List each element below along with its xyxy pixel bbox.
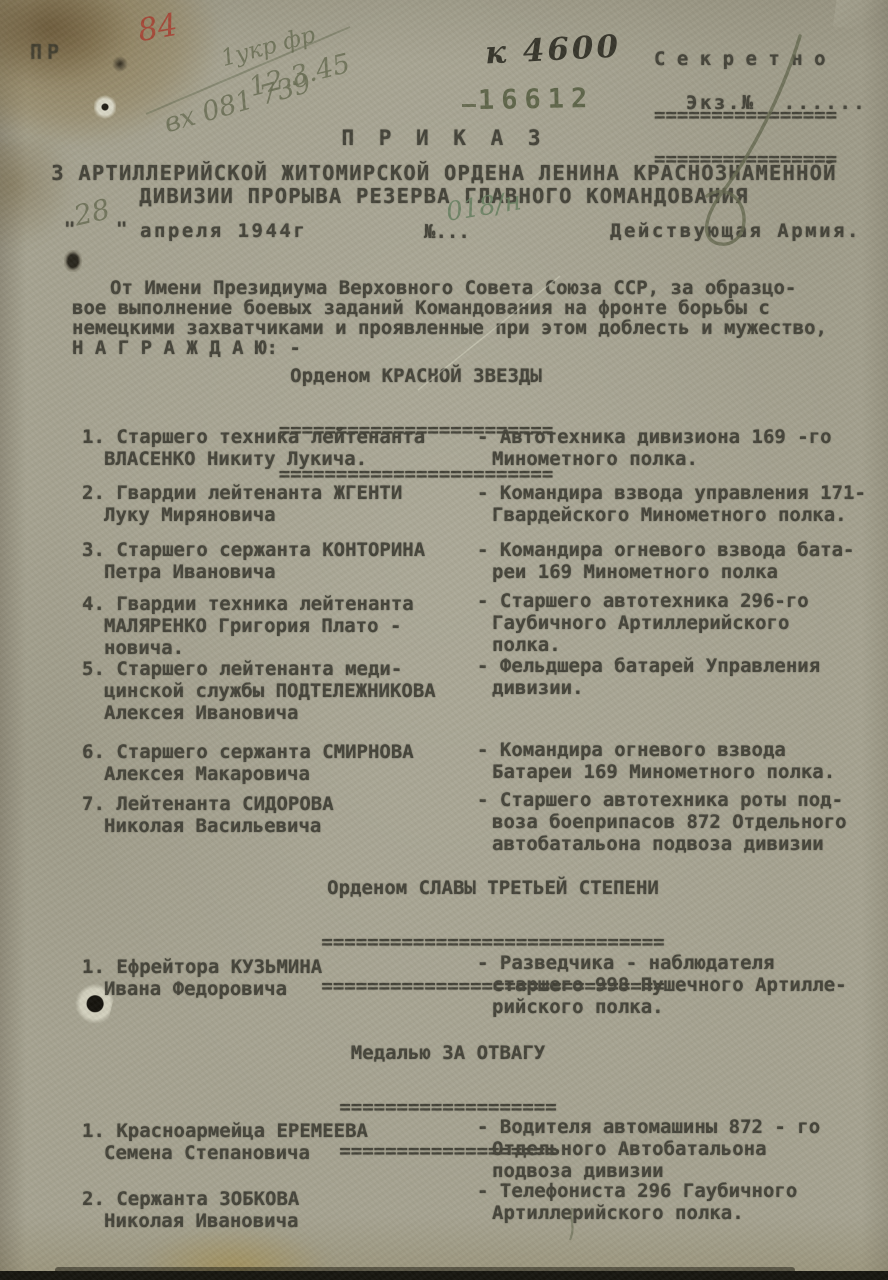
order-word: П Р И К А З	[0, 126, 888, 150]
incoming-number-stamp: 16612	[478, 83, 595, 116]
unit-title-line1: 3 АРТИЛЛЕРИЙСКОЙ ЖИТОМИРСКОЙ ОРДЕНА ЛЕНИ…	[0, 161, 888, 185]
awardee-entry: 1. Ефрейтора КУЗЬМИНА Ивана Федоровича	[82, 956, 496, 1000]
unit-title-line2: ДИВИЗИИ ПРОРЫВА РЕЗЕРВА ГЛАВНОГО КОМАНДО…	[0, 184, 888, 208]
ink-blot	[112, 56, 128, 72]
preamble-line2: вое выполнение боевых заданий Командован…	[72, 297, 770, 319]
awardee-entry: 3. Старшего сержанта КОНТОРИНА Петра Ива…	[82, 539, 496, 583]
punch-hole	[64, 250, 82, 272]
awardee-entry: 7. Лейтенанта СИДОРОВА Николая Васильеви…	[82, 793, 496, 837]
copy-number-label: Экз.№ ......	[686, 92, 867, 114]
awardee-entry: 5. Старшего лейтенанта меди- цинской слу…	[82, 658, 496, 724]
award-verb: Н А Г Р А Ж Д А Ю: -	[72, 337, 301, 359]
section-title-red-star: Орденом КРАСНОЙ ЗВЕЗДЫ	[0, 365, 860, 387]
award-role: - Командира огневого взвода бата- реи 16…	[477, 539, 888, 583]
date-text: апреля 1944г	[140, 220, 307, 242]
award-role: - Старшего автотехника роты под- воза бо…	[477, 789, 888, 855]
location-label: Действующая Армия.	[610, 220, 861, 242]
award-role: - Автотехника дивизиона 169 -го Минометн…	[477, 426, 888, 470]
page-corner-highlight	[833, 0, 888, 37]
award-role: - Старшего автотехника 296-го Гаубичного…	[477, 590, 888, 656]
awardee-entry: 1. Старшего техника лейтенанта ВЛАСЕНКО …	[82, 426, 496, 470]
awardee-entry: 6. Старшего сержанта СМИРНОВА Алексея Ма…	[82, 741, 496, 785]
scan-edge	[0, 1271, 888, 1280]
award-role: - Водителя автомашины 872 - го Отдельног…	[477, 1116, 888, 1182]
section-title-glory: Орденом СЛАВЫ ТРЕТЬЕЙ СТЕПЕНИ	[49, 877, 888, 899]
award-role: - Телефониста 296 Гаубичного Артиллерийс…	[477, 1180, 888, 1224]
section-title-courage: Медалью ЗА ОТВАГУ	[4, 1042, 888, 1064]
handwritten-red-number: 84	[135, 7, 180, 49]
award-role: - Разведчика - наблюдателя старшего 998 …	[477, 952, 888, 1018]
handwritten-ink-number: к 4600	[484, 28, 622, 71]
awardee-entry: 1. Красноармейца ЕРЕМЕЕВА Семена Степано…	[82, 1120, 496, 1164]
date-quote-open: "	[64, 218, 75, 240]
awardee-entry: 2. Гвардии лейтенанта ЖГЕНТИ Луку Миряно…	[82, 482, 496, 526]
corner-stamp-fragment: ПР	[30, 40, 64, 64]
awardee-entry: 4. Гвардии техника лейтенанта МАЛЯРЕНКО …	[82, 593, 496, 659]
award-role: - Фельдшера батарей Управления дивизии.	[477, 655, 888, 699]
classification-label: С е к р е т н о	[654, 48, 826, 70]
stamp-underscore	[462, 104, 476, 107]
handwritten-date-day: 28	[71, 192, 113, 232]
preamble-line1: От Имени Президиума Верховного Совета Со…	[110, 277, 796, 299]
award-role: - Командира взвода управления 171- Гвард…	[477, 482, 888, 526]
awardee-entry: 2. Сержанта ЗОБКОВА Николая Ивановича	[82, 1188, 496, 1232]
glue-stain-dark	[0, 0, 130, 85]
document-page: ПР 84 1укр фр 12.3.45 вх 081 739 к 4600 …	[0, 0, 888, 1280]
paper-hole	[94, 95, 116, 119]
preamble-line3: немецкими захватчиками и проявленные при…	[72, 317, 827, 339]
date-quote-close: "	[116, 218, 127, 240]
award-role: - Командира огневого взвода Батареи 169 …	[477, 739, 888, 783]
